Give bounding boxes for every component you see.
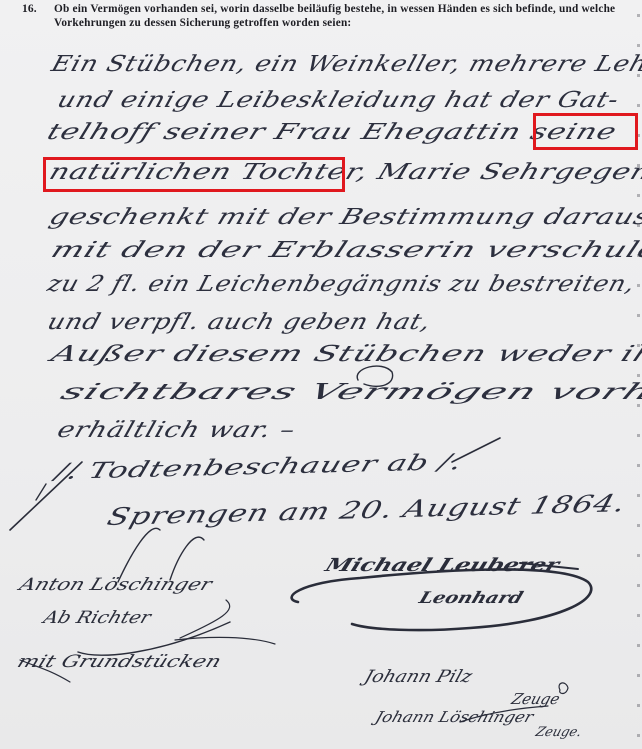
- handwriting-line-7: zu 2 fl. ein Leichenbegängnis zu bestrei…: [44, 272, 638, 297]
- signature-mit-grundstuecken: mit Grundstücken: [14, 652, 224, 672]
- signature-johann-pilz: Johann Pilz: [362, 667, 475, 687]
- scanned-document-page: 16. Ob ein Vermögen vorhanden sei, worin…: [0, 0, 642, 749]
- question-text: Ob ein Vermögen vorhanden sei, worin das…: [54, 2, 624, 30]
- handwriting-line-6: mit den der Erblasserin verschuldt: [47, 238, 642, 263]
- signature-leonhard: Leonhard: [417, 588, 526, 607]
- question-number: 16.: [22, 2, 37, 16]
- handwriting-line-9: Außer diesem Stübchen weder ihm: [47, 342, 642, 367]
- witness-label-1: Zeuge: [509, 690, 562, 708]
- handwriting-line-10: sichtbares Vermögen vorhanden: [56, 380, 642, 405]
- handwriting-line-2: und einige Leibeskleidung hat der Gat-: [54, 88, 622, 113]
- witness-label-2: Zeuge.: [534, 725, 584, 740]
- highlight-box-seine: [533, 113, 638, 150]
- handwriting-line-11: erhältlich war. –: [54, 418, 299, 443]
- handwriting-line-1: Ein Stübchen, ein Weinkeller, mehrere Le…: [48, 52, 642, 77]
- handwriting-line-5: geschenkt mit der Bestimmung daraus: [46, 205, 642, 230]
- signature-johann-loeschinger: Johann Löschinger: [373, 708, 536, 726]
- signature-ab-richter: Ab Richter: [41, 608, 154, 628]
- highlight-box-natuerlichen-tochter: [43, 157, 345, 192]
- handwriting-line-13: Sprengen am 20. August 1864.: [104, 489, 629, 531]
- signature-michael-leuberer: Michael Leuberer: [322, 555, 562, 576]
- handwriting-line-12: /. Todtenbeschauer ab /.: [52, 450, 465, 485]
- handwriting-line-8: und verpfl. auch geben hat,: [44, 310, 434, 335]
- signature-anton-loeschinger: Anton Löschinger: [16, 575, 214, 595]
